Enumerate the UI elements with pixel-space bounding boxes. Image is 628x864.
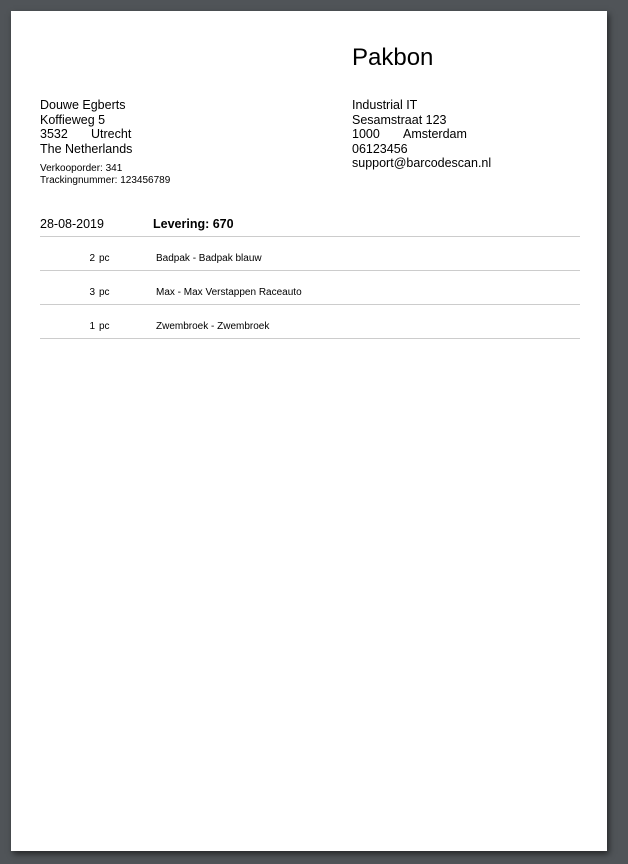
sender-phone: 06123456 <box>352 142 491 157</box>
list-item: 1 pc Zwembroek - Zwembroek <box>40 305 580 339</box>
recipient-country: The Netherlands <box>40 142 132 157</box>
sender-address: Industrial IT Sesamstraat 123 1000Amster… <box>352 98 491 171</box>
recipient-name: Douwe Egberts <box>40 98 132 113</box>
sender-email: support@barcodescan.nl <box>352 156 491 171</box>
sender-postcode-city: 1000Amsterdam <box>352 127 491 142</box>
recipient-city: Utrecht <box>91 127 131 141</box>
delivery-date: 28-08-2019 <box>40 217 104 231</box>
tracking-number: Trackingnummer: 123456789 <box>40 175 170 187</box>
document-page: Pakbon Douwe Egberts Koffieweg 5 3532Utr… <box>11 11 607 851</box>
item-description: Badpak - Badpak blauw <box>156 253 262 264</box>
recipient-street: Koffieweg 5 <box>40 113 132 128</box>
items-list: 2 pc Badpak - Badpak blauw 3 pc Max - Ma… <box>40 237 580 339</box>
item-description: Zwembroek - Zwembroek <box>156 321 269 332</box>
delivery-header: 28-08-2019 Levering: 670 <box>40 216 580 237</box>
recipient-postcode-city: 3532Utrecht <box>40 127 132 142</box>
item-quantity: 1 <box>40 321 95 332</box>
sender-street: Sesamstraat 123 <box>352 113 491 128</box>
item-description: Max - Max Verstappen Raceauto <box>156 287 302 298</box>
list-item: 3 pc Max - Max Verstappen Raceauto <box>40 271 580 305</box>
sender-city: Amsterdam <box>403 127 467 141</box>
recipient-postcode: 3532 <box>40 127 91 142</box>
delivery-number: Levering: 670 <box>153 217 234 231</box>
item-quantity: 3 <box>40 287 95 298</box>
sender-name: Industrial IT <box>352 98 491 113</box>
item-quantity: 2 <box>40 253 95 264</box>
item-unit: pc <box>99 321 110 332</box>
list-item: 2 pc Badpak - Badpak blauw <box>40 237 580 271</box>
order-references: Verkooporder: 341 Trackingnummer: 123456… <box>40 163 170 186</box>
item-unit: pc <box>99 287 110 298</box>
sender-postcode: 1000 <box>352 127 403 142</box>
sales-order-number: Verkooporder: 341 <box>40 163 170 175</box>
recipient-address: Douwe Egberts Koffieweg 5 3532Utrecht Th… <box>40 98 132 156</box>
document-title: Pakbon <box>352 44 433 72</box>
item-unit: pc <box>99 253 110 264</box>
